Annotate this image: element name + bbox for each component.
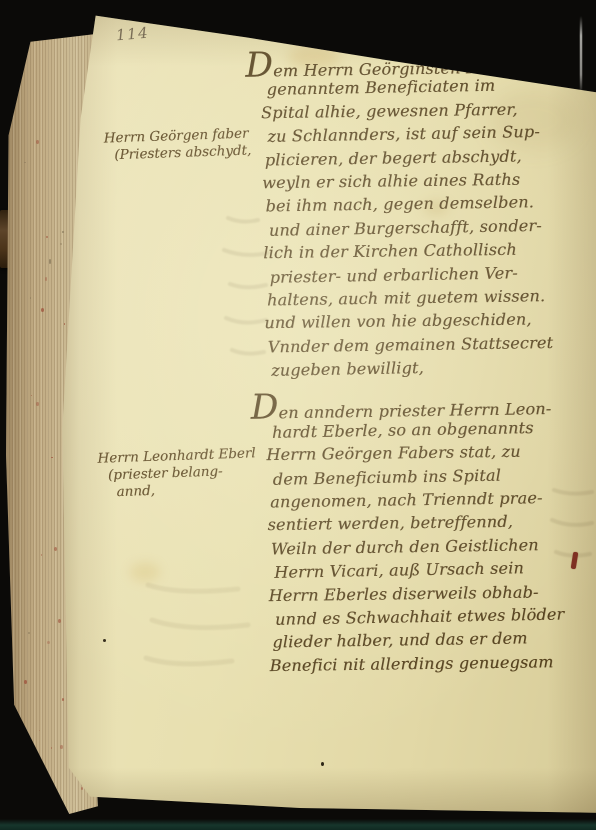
parchment-stain [130,562,160,582]
red-speckle [20,786,23,790]
paragraph-eberle: Den anndern priester Herrn Leon- hardt E… [269,392,589,678]
manuscript-line: weyln er sich alhie aines Raths [262,167,578,195]
red-speckle [36,140,39,145]
red-speckle [41,308,44,312]
red-speckle [31,395,32,396]
red-speckle [60,243,62,245]
red-speckle [49,259,52,263]
red-speckle [28,632,30,634]
red-speckle [51,747,53,749]
paragraph-faber: Dem Herrn Geörginsten Faber genanntem Be… [263,50,584,382]
manuscript-line: und willen von hie abgeschiden, [264,307,580,335]
red-speckle [62,698,64,701]
red-speckle [47,776,49,779]
margin-note-line: (Priesters abschydt, [114,142,251,164]
table-surface-edge [0,819,596,830]
photo-scene: 114 Herrn Geörgen faber (Priesters absch… [0,0,596,830]
red-speckle [47,641,50,644]
red-speckle [41,554,43,556]
page-number: 114 [115,24,150,45]
red-speckle [51,457,53,459]
margin-note-eberl: Herrn Leonhardt Eberl (priester belang- … [97,445,257,501]
manuscript-line: zugeben bewilligt, [271,353,587,382]
red-speckle [45,277,48,281]
red-speckle [30,297,31,299]
red-speckle [36,402,39,405]
red-speckle [39,730,41,732]
bleed-through-mark [138,570,258,690]
manuscript-line: sentiert werden, betreffennd, [267,509,583,537]
red-speckle [24,793,26,795]
manuscript-line: Dem Herrn Geörginsten Faber [245,50,579,79]
red-speckle [81,787,84,790]
red-speckle [62,231,64,234]
manuscript-page: 114 Herrn Geörgen faber (Priesters absch… [58,10,596,816]
scan-light-streak [580,16,582,94]
main-text-block: Dem Herrn Geörginsten Faber genanntem Be… [263,50,589,678]
manuscript-line: Benefici nit allerdings genuegsam [270,650,586,678]
red-speckle [46,236,48,238]
ink-speck [103,639,106,642]
red-speckle [54,547,57,551]
red-speckle [64,323,65,325]
ink-speck [321,762,324,766]
margin-note-faber: Herrn Geörgen faber (Priesters abschydt, [103,125,251,164]
red-speckle [24,162,25,163]
margin-note-line: annd, [116,479,257,501]
red-speckle [24,680,27,684]
red-speckle [58,619,61,623]
red-speckle [60,745,63,749]
